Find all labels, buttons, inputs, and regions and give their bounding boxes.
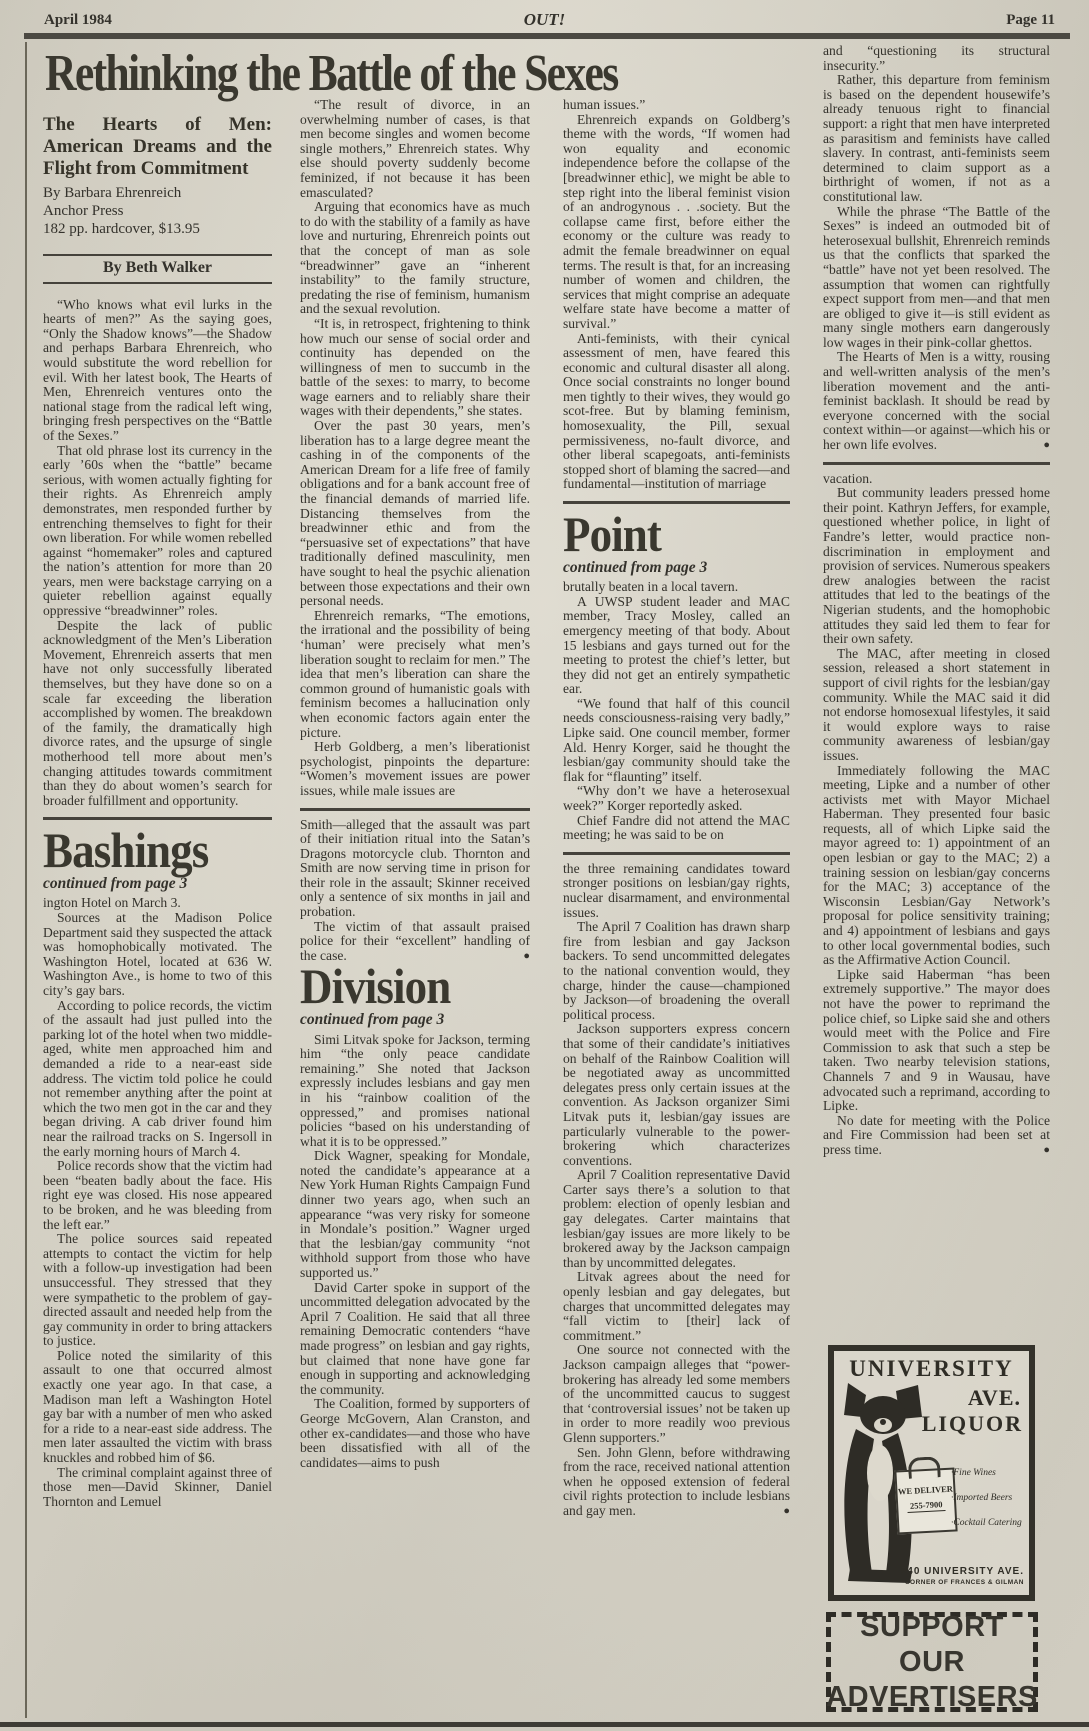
- paragraph: The Hearts of Men is a witty, rousing an…: [823, 350, 1050, 452]
- paragraph: But community leaders pressed home their…: [823, 486, 1050, 647]
- book-details: 182 pp. hardcover, $13.95: [43, 220, 272, 238]
- column-4: and “questioning its structural insecuri…: [823, 44, 1050, 1294]
- paragraph: Police records show that the victim had …: [43, 1159, 272, 1232]
- paragraph: Chief Fandre did not attend the MAC meet…: [563, 814, 790, 843]
- article-headline: Rethinking the Battle of the Sexes: [45, 44, 667, 103]
- review-text-col4: and “questioning its structural insecuri…: [823, 44, 1050, 453]
- ad-offering-wines: ·Fine Wines: [951, 1461, 1023, 1486]
- review-text-col1: “Who knows what evil lurks in the hearts…: [43, 298, 272, 809]
- end-of-article-bullet: ●: [769, 1504, 790, 1519]
- point-text-col4: vacation.But community leaders pressed h…: [823, 472, 1050, 1158]
- review-text-col3: human issues.”Ehrenreich expands on Gold…: [563, 98, 790, 492]
- ad-phone-number: 255-7900: [907, 1499, 946, 1513]
- paragraph: The MAC, after meeting in closed session…: [823, 647, 1050, 764]
- delivery-bag-graphic: WE DELIVER 255-7900: [894, 1467, 957, 1534]
- column-3: human issues.”Ehrenreich expands on Gold…: [563, 98, 790, 1715]
- paragraph: Jackson supporters express concern that …: [563, 1022, 790, 1168]
- paragraph: The Coalition, formed by supporters of G…: [300, 1397, 530, 1470]
- paragraph: The police sources said repeated attempt…: [43, 1232, 272, 1349]
- paragraph: Over the past 30 years, men’s liberation…: [300, 419, 530, 609]
- division-text-col2: Simi Litvak spoke for Jackson, terming h…: [300, 1033, 530, 1471]
- paragraph: Sen. John Glenn, before withdrawing from…: [563, 1446, 790, 1519]
- paragraph: Smith—alleged that the assault was part …: [300, 818, 530, 920]
- column-1: The Hearts of Men: American Dreams and t…: [43, 102, 272, 1715]
- paragraph: Litvak agrees about the need for openly …: [563, 1270, 790, 1343]
- book-author: By Barbara Ehrenreich: [43, 184, 272, 202]
- paragraph: Ehrenreich expands on Goldberg’s theme w…: [563, 113, 790, 332]
- page-number: Page 11: [1006, 12, 1055, 29]
- paragraph: April 7 Coalition representative David C…: [563, 1168, 790, 1270]
- point-continued-note: continued from page 3: [563, 561, 790, 576]
- end-of-article-bullet: ●: [1029, 438, 1050, 453]
- masthead: OUT!: [0, 10, 1089, 30]
- book-publisher: Anchor Press: [43, 202, 272, 220]
- newspaper-page: April 1984 OUT! Page 11 Rethinking the B…: [0, 0, 1089, 1731]
- paragraph: Herb Goldberg, a men’s liberationist psy…: [300, 740, 530, 798]
- paragraph: “Who knows what evil lurks in the hearts…: [43, 298, 272, 444]
- paragraph: Anti-feminists, with their cynical asses…: [563, 332, 790, 493]
- paragraph: That old phrase lost its currency in the…: [43, 444, 272, 619]
- section-divider: [823, 462, 1050, 465]
- reviewer-byline: By Beth Walker: [43, 254, 272, 284]
- bashings-continued-note: continued from page 3: [43, 877, 272, 892]
- section-divider: [43, 817, 272, 820]
- paragraph: A UWSP student leader and MAC member, Tr…: [563, 595, 790, 697]
- support-advertisers-box: SUPPORT OUR ADVERTISERS: [826, 1612, 1038, 1712]
- paragraph: Simi Litvak spoke for Jackson, terming h…: [300, 1033, 530, 1150]
- point-text-col3: brutally beaten in a local tavern.A UWSP…: [563, 580, 790, 843]
- paragraph: ington Hotel on March 3.: [43, 896, 272, 911]
- paragraph: The criminal complaint against three of …: [43, 1466, 272, 1510]
- paragraph: Immediately following the MAC meeting, L…: [823, 764, 1050, 968]
- ad-street-address: 540 UNIVERSITY AVE.: [901, 1566, 1024, 1577]
- support-line1: SUPPORT OUR: [831, 1610, 1033, 1680]
- paragraph: vacation.: [823, 472, 1050, 487]
- paragraph: “It is, in retrospect, frightening to th…: [300, 317, 530, 419]
- paragraph: Ehrenreich remarks, “The emotions, the i…: [300, 609, 530, 740]
- paragraph: No date for meeting with the Police and …: [823, 1114, 1050, 1158]
- end-of-article-bullet: ●: [509, 949, 530, 964]
- paragraph: Despite the lack of public acknowledgmen…: [43, 619, 272, 809]
- paragraph: “Why don’t we have a heterosexual week?”…: [563, 784, 790, 813]
- ad-store-name-line2: AVE.: [968, 1385, 1021, 1411]
- paragraph: the three remaining candidates toward st…: [563, 862, 790, 920]
- support-line2: ADVERTISERS: [826, 1680, 1038, 1715]
- column-2: “The result of divorce, in an overwhelmi…: [300, 98, 530, 1715]
- left-margin-rule: [25, 42, 27, 1718]
- ad-offering-catering: ·Cocktail Catering: [951, 1511, 1023, 1536]
- paragraph: Sources at the Madison Police Department…: [43, 911, 272, 999]
- paragraph: The victim of that assault praised polic…: [300, 920, 530, 964]
- paragraph: While the phrase “The Battle of the Sexe…: [823, 205, 1050, 351]
- paragraph: Rather, this departure from feminism is …: [823, 73, 1050, 204]
- bashings-text-col2: Smith—alleged that the assault was part …: [300, 818, 530, 964]
- section-divider: [300, 808, 530, 811]
- paragraph: brutally beaten in a local tavern.: [563, 580, 790, 595]
- ad-offerings-list: ·Fine Wines ·Imported Beers ·Cocktail Ca…: [951, 1461, 1023, 1536]
- division-text-col3: the three remaining candidates toward st…: [563, 862, 790, 1519]
- paragraph: Police noted the similarity of this assa…: [43, 1349, 272, 1466]
- paragraph: The April 7 Coalition has drawn sharp fi…: [563, 920, 790, 1022]
- ad-offering-beers: ·Imported Beers: [951, 1486, 1023, 1511]
- paragraph: David Carter spoke in support of the unc…: [300, 1281, 530, 1398]
- bashings-headline: Bashings: [43, 827, 249, 875]
- top-rule: [24, 33, 1070, 39]
- paragraph: “The result of divorce, in an overwhelmi…: [300, 98, 530, 200]
- paragraph: and “questioning its structural insecuri…: [823, 44, 1050, 73]
- division-headline: Division: [300, 963, 507, 1011]
- book-title: The Hearts of Men: American Dreams and t…: [43, 114, 272, 180]
- paragraph: Arguing that economics have as much to d…: [300, 200, 530, 317]
- paragraph: human issues.”: [563, 98, 790, 113]
- ad-delivery-text: WE DELIVER: [897, 1484, 953, 1497]
- end-of-article-bullet: ●: [1029, 1143, 1050, 1158]
- point-headline: Point: [563, 511, 767, 559]
- paragraph: Dick Wagner, speaking for Mondale, noted…: [300, 1149, 530, 1280]
- paragraph: One source not connected with the Jackso…: [563, 1343, 790, 1445]
- paragraph: Lipke said Haberman “has been extremely …: [823, 968, 1050, 1114]
- paragraph: “We found that half of this council need…: [563, 697, 790, 785]
- paragraph: According to police records, the victim …: [43, 999, 272, 1160]
- ad-corner-note: CORNER OF FRANCES & GILMAN: [905, 1579, 1024, 1586]
- liquor-store-ad: UNIVERSITY AVE. LIQUOR WE DELIVER 255-79…: [828, 1345, 1035, 1601]
- section-divider: [563, 501, 790, 504]
- section-divider: [563, 852, 790, 855]
- bashings-text-col1: ington Hotel on March 3.Sources at the M…: [43, 896, 272, 1509]
- division-continued-note: continued from page 3: [300, 1013, 530, 1028]
- review-text-col2: “The result of divorce, in an overwhelmi…: [300, 98, 530, 799]
- ad-store-name: UNIVERSITY: [834, 1356, 1029, 1382]
- bottom-rule: [0, 1722, 1089, 1727]
